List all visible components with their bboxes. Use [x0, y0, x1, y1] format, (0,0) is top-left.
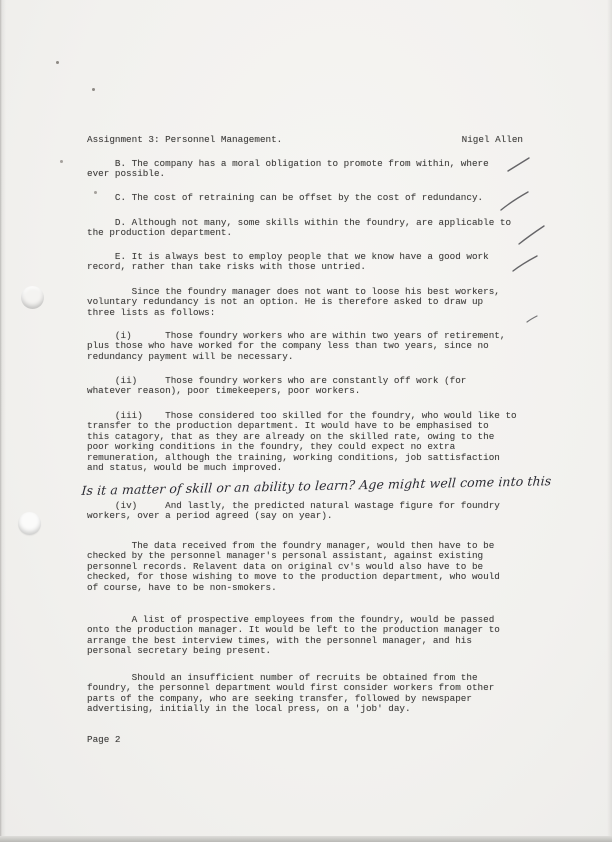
paragraph-item-e: E. It is always best to employ people th…: [87, 252, 537, 273]
staple-speck: [94, 191, 97, 194]
paragraph-insufficient-recruits: Should an insufficient number of recruit…: [87, 673, 537, 715]
page-number: Page 2: [87, 735, 537, 745]
paragraph-list-iv: (iv) And lastly, the predicted natural w…: [87, 501, 537, 522]
paragraph-item-d: D. Although not many, some skills within…: [87, 218, 537, 239]
assignment-title: Assignment 3: Personnel Management.: [87, 135, 282, 145]
staple-speck: [56, 61, 59, 64]
paragraph-list-i: (i) Those foundry workers who are within…: [87, 331, 537, 362]
paragraph-interview-arrangements: A list of prospective employees from the…: [87, 615, 537, 657]
paragraph-item-b: B. The company has a moral obligation to…: [87, 159, 537, 180]
paragraph-list-iii: (iii) Those considered too skilled for t…: [87, 411, 537, 474]
staple-speck: [92, 88, 95, 91]
document-header: Assignment 3: Personnel Management. Nige…: [87, 135, 523, 145]
paragraph-item-c: C. The cost of retraining can be offset …: [87, 193, 537, 203]
staple-speck: [60, 160, 63, 163]
scanned-document-page: Assignment 3: Personnel Management. Nige…: [0, 0, 612, 842]
paper-bottom-edge-shadow: [0, 836, 612, 842]
paragraph-data-checking: The data received from the foundry manag…: [87, 541, 537, 593]
handwritten-annotation: Is it a matter of skill or an ability to…: [81, 472, 598, 498]
hole-punch-bottom: [18, 512, 41, 535]
hole-punch-top: [21, 286, 44, 309]
paragraph-intro-three-lists: Since the foundry manager does not want …: [87, 287, 537, 318]
paragraph-list-ii: (ii) Those foundry workers who are const…: [87, 376, 537, 397]
author-name: Nigel Allen: [462, 135, 523, 145]
